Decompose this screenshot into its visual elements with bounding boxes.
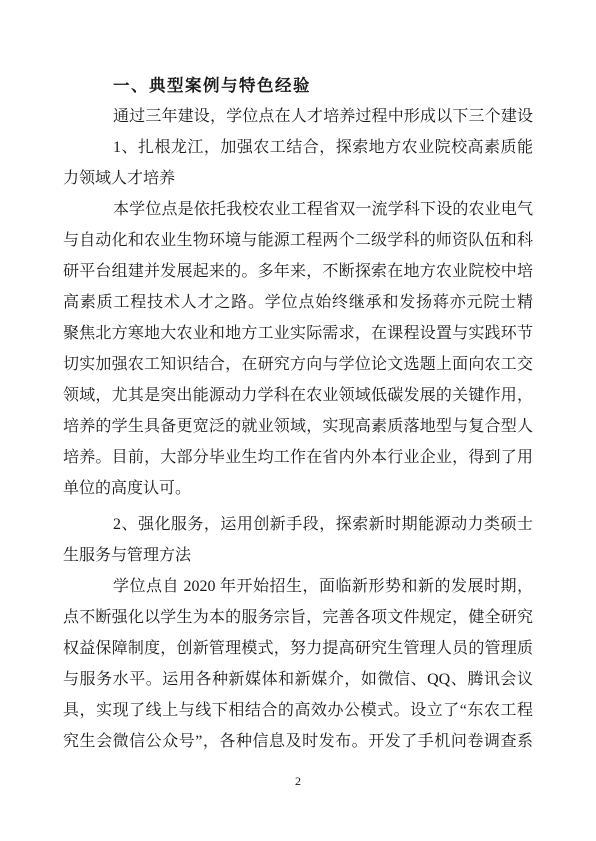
document-page: 一、典型案例与特色经验通过三年建设，学位点在人才培养过程中形成以下三个建设经验。… [0, 0, 596, 841]
text-line: 高素质工程技术人才之路。学位点始终继承和发扬蒋亦元院士精神， [63, 287, 533, 318]
text-line: 力领域人才培养 [63, 163, 533, 194]
subheading-1: 1、扎根龙江，加强农工结合，探索地方农业院校高素质能源动力领域人才培养 [63, 132, 533, 194]
page-number: 2 [0, 772, 596, 790]
paragraph-case-2: 学位点自 2020 年开始招生，面临新形势和新的发展时期，学位点不断强化以学生为… [63, 571, 533, 757]
text-line: 切实加强农工知识结合，在研究方向与学位论文选题上面向农工交叉 [63, 349, 533, 380]
text-line: 生服务与管理方法 [63, 540, 533, 571]
paragraph-intro: 通过三年建设，学位点在人才培养过程中形成以下三个建设经验。 [63, 101, 533, 132]
text-line: 培养的学生具备更宽泛的就业领域，实现高素质落地型与复合型人才 [63, 411, 533, 442]
section-heading: 一、典型案例与特色经验 [63, 70, 533, 101]
text-line: 通过三年建设，学位点在人才培养过程中形成以下三个建设经验。 [63, 101, 533, 132]
paragraph-case-1: 本学位点是依托我校农业工程省双一流学科下设的农业电气化与自动化和农业生物环境与能… [63, 194, 533, 504]
text-line: 与自动化和农业生物环境与能源工程两个二级学科的师资队伍和科 [63, 225, 533, 256]
text-line: 领域，尤其是突出能源动力学科在农业领域低碳发展的关键作用，使 [63, 380, 533, 411]
text-line: 本学位点是依托我校农业工程省双一流学科下设的农业电气化 [63, 194, 533, 225]
text-line: 培养。目前，大部分毕业生均工作在省内外本行业企业，得到了用人 [63, 442, 533, 473]
text-line: 一、典型案例与特色经验 [63, 70, 533, 101]
text-line: 2、强化服务，运用创新手段，探索新时期能源动力类硕士研究 [63, 509, 533, 540]
text-line: 点不断强化以学生为本的服务宗旨，完善各项文件规定，健全研究生 [63, 602, 533, 633]
text-line: 研平台组建并发展起来的。多年来，不断探索在地方农业院校中培养 [63, 256, 533, 287]
subheading-2: 2、强化服务，运用创新手段，探索新时期能源动力类硕士研究生服务与管理方法 [63, 509, 533, 571]
text-line: 学位点自 2020 年开始招生，面临新形势和新的发展时期，学位 [63, 571, 533, 602]
text-line: 1、扎根龙江，加强农工结合，探索地方农业院校高素质能源动 [63, 132, 533, 163]
text-line: 与服务水平。运用各种新媒体和新媒介，如微信、QQ、腾讯会议等工 [63, 664, 533, 695]
text-line: 单位的高度认可。 [63, 473, 533, 504]
text-line: 究生会微信公众号”，各种信息及时发布。开发了手机问卷调查系统， [63, 726, 533, 757]
document-body: 一、典型案例与特色经验通过三年建设，学位点在人才培养过程中形成以下三个建设经验。… [63, 70, 533, 757]
text-line: 具，实现了线上与线下相结合的高效办公模式。设立了“东农工程研 [63, 695, 533, 726]
text-line: 聚焦北方寒地大农业和地方工业实际需求，在课程设置与实践环节中 [63, 318, 533, 349]
text-line: 权益保障制度，创新管理模式，努力提高研究生管理人员的管理质量 [63, 633, 533, 664]
